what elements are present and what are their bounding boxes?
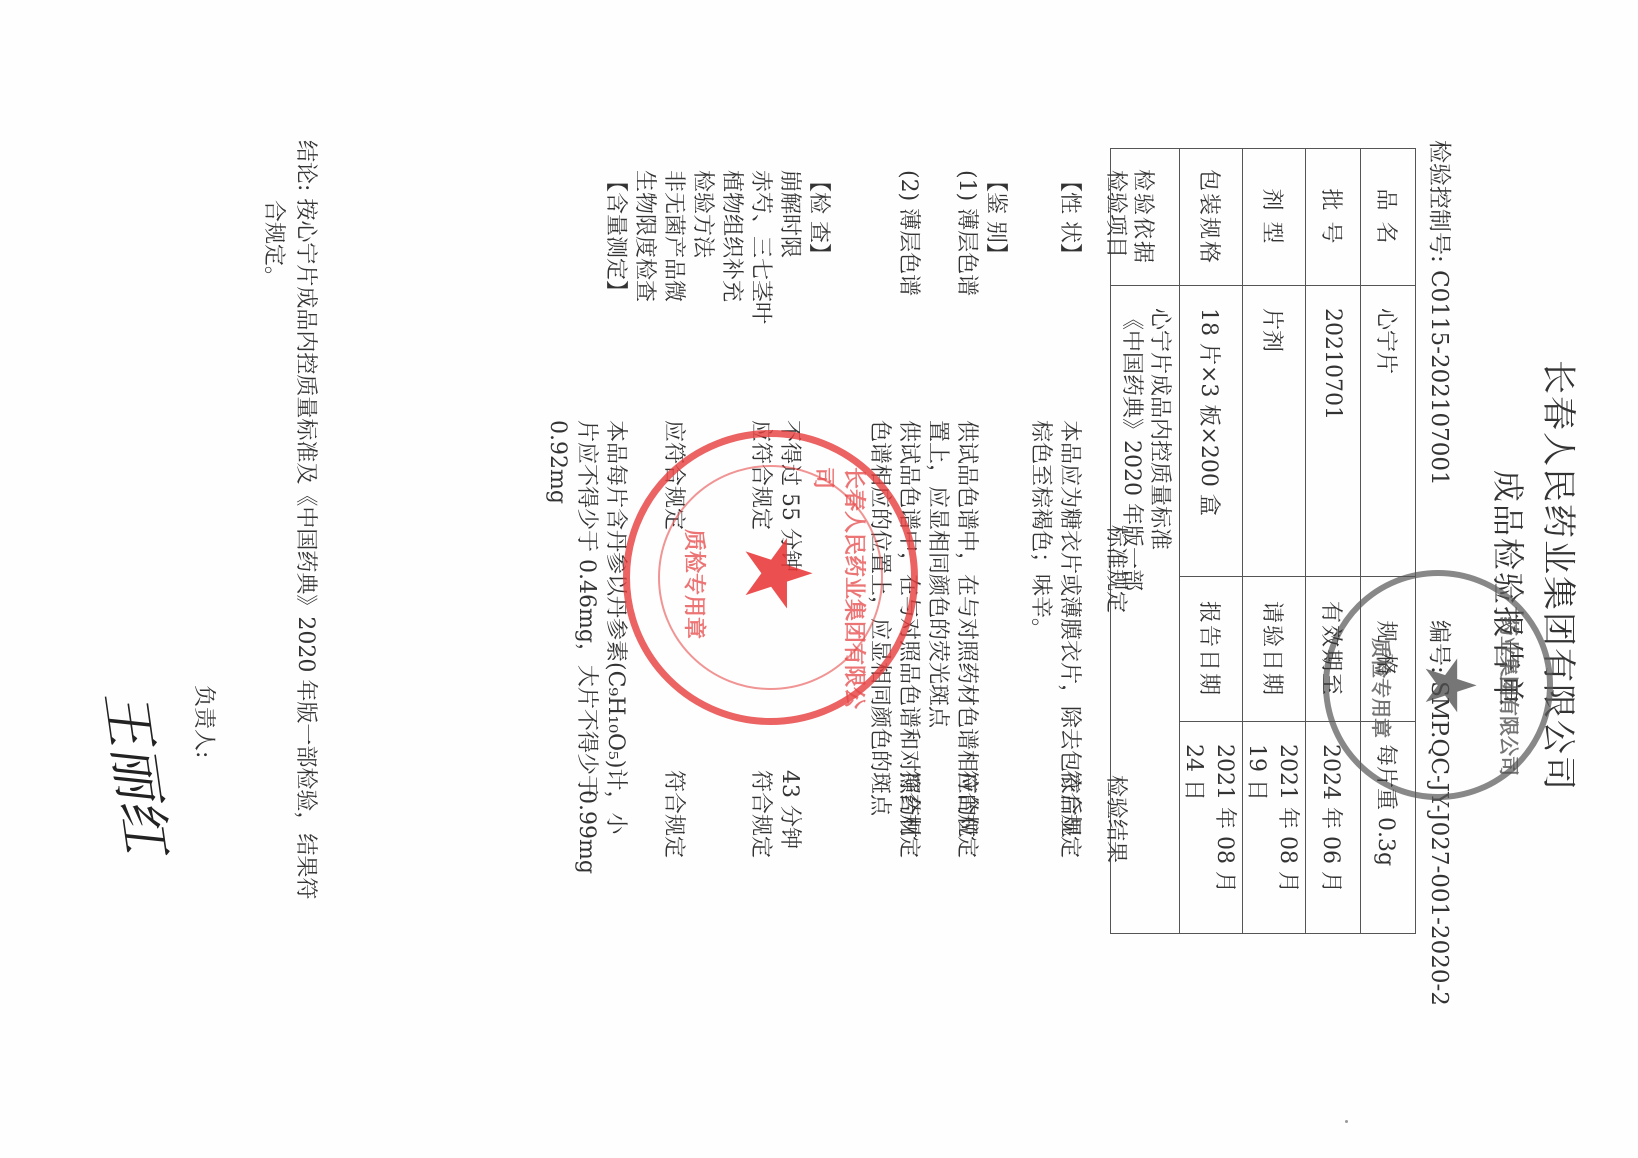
conclusion: 结论: 按心宁片成品内控质量标准及《中国药典》2020 年版一部检验，结果符	[291, 140, 320, 899]
identification-1-result: 符合规定	[952, 770, 981, 858]
section-assay: 【含量测定】	[601, 170, 630, 302]
label-specification: 规 格	[1361, 577, 1416, 722]
identification-2-name: (2) 薄层色谱	[894, 170, 923, 296]
col-header-result: 检验结果	[1101, 775, 1130, 863]
assay-standard-2: 片应不得少于 0.46mg，大片不得少于	[572, 420, 601, 797]
assay-standard-3: 0.92mg	[543, 420, 572, 504]
inspection-3-name: 植物组织补充	[717, 170, 746, 302]
identification-1-standard-2: 置上，应显相同颜色的荧光斑点	[923, 420, 952, 728]
star-icon: ★	[731, 532, 823, 614]
control-number-label: 检验控制号:	[1426, 140, 1452, 263]
assay-standard-1: 本品每片含丹参以丹参素(C₉H₁₀O₅)计，小	[601, 420, 630, 835]
conclusion-label: 结论:	[293, 140, 318, 191]
assay-result: 0.99mg	[572, 790, 601, 874]
character-result: 符合规定	[1055, 770, 1084, 858]
inspection-6-name: 生物限度检查	[630, 170, 659, 302]
col-header-item: 检验项目	[1101, 170, 1130, 258]
signature-label: 负责人:	[189, 685, 218, 758]
label-packaging: 包装规格	[1180, 149, 1243, 286]
product-info-table: 品 名 心宁片 规 格 每片重 0.3g 批 号 20210701 有效期至 2…	[1110, 148, 1416, 934]
table-row: 品 名 心宁片 规 格 每片重 0.3g	[1361, 149, 1416, 934]
value-expiry: 2024 年 06 月	[1306, 722, 1361, 934]
qc-seal-red: 长春人民药业集团有限公司 ★ 质检专用章	[623, 430, 918, 725]
label-product-name: 品 名	[1361, 149, 1416, 286]
identification-1-name: (1) 薄层色谱	[952, 170, 981, 296]
character-standard-2: 棕色至棕褐色；味辛。	[1026, 420, 1055, 640]
scan-speck	[1345, 1120, 1348, 1123]
inspection-2-name: 赤芍、三七茎叶	[746, 170, 775, 324]
label-expiry: 有效期至	[1306, 577, 1361, 722]
col-header-standard: 标准规定	[1101, 525, 1130, 613]
control-number-value: C0115-202107001	[1426, 270, 1452, 486]
value-dosage-form: 片剂	[1243, 286, 1306, 577]
section-character: 【性 状】	[1055, 170, 1084, 265]
gray-seal-text: 药业集团有限公司	[1496, 616, 1525, 776]
identification-2-result: 符合规定	[894, 770, 923, 858]
control-number: 检验控制号: C0115-202107001	[1425, 140, 1458, 486]
value-product-name: 心宁片	[1361, 286, 1416, 577]
value-packaging: 18 片×3 板×200 盒	[1180, 286, 1243, 577]
test-basis-line1: 心宁片成品内控质量标准	[1145, 308, 1173, 925]
label-report-date: 报告日期	[1180, 577, 1243, 722]
star-icon: ★	[1415, 654, 1485, 717]
label-batch-no: 批 号	[1306, 149, 1361, 286]
table-row: 剂 型 片剂 请验日期 2021 年 08 月 19 日	[1243, 149, 1306, 934]
label-request-date: 请验日期	[1243, 577, 1306, 722]
red-seal-center-text: 质检专用章	[680, 529, 711, 639]
inspection-2-result: 符合规定	[746, 770, 775, 858]
signature-handwritten: 王丽红	[90, 685, 189, 856]
value-report-date: 2021 年 08 月 24 日	[1180, 722, 1243, 934]
table-row: 批 号 20210701 有效期至 2024 年 06 月	[1306, 149, 1361, 934]
conclusion-text-1: 按心宁片成品内控质量标准及《中国药典》2020 年版一部检验，结果符	[293, 198, 318, 899]
section-identification: 【鉴 别】	[981, 170, 1010, 265]
inspection-5-result: 符合规定	[659, 770, 688, 858]
value-request-date: 2021 年 08 月 19 日	[1243, 722, 1306, 934]
section-inspection: 【检 查】	[804, 170, 833, 265]
inspection-1-name: 崩解时限	[775, 170, 804, 258]
table-row: 包装规格 18 片×3 板×200 盒 报告日期 2021 年 08 月 24 …	[1180, 149, 1243, 934]
inspection-1-result: 43 分钟	[775, 770, 804, 849]
conclusion-text-2: 合规定。	[259, 200, 288, 288]
value-specification: 每片重 0.3g	[1361, 722, 1416, 934]
inspection-5-name: 非无菌产品微	[659, 170, 688, 302]
inspection-4-name: 检验方法	[688, 170, 717, 258]
inspection-report-page: 长春人民药业集团有限公司 成品检验报告单 检验控制号: C0115-202107…	[0, 0, 1638, 1158]
value-batch-no: 20210701	[1306, 286, 1361, 577]
label-dosage-form: 剂 型	[1243, 149, 1306, 286]
